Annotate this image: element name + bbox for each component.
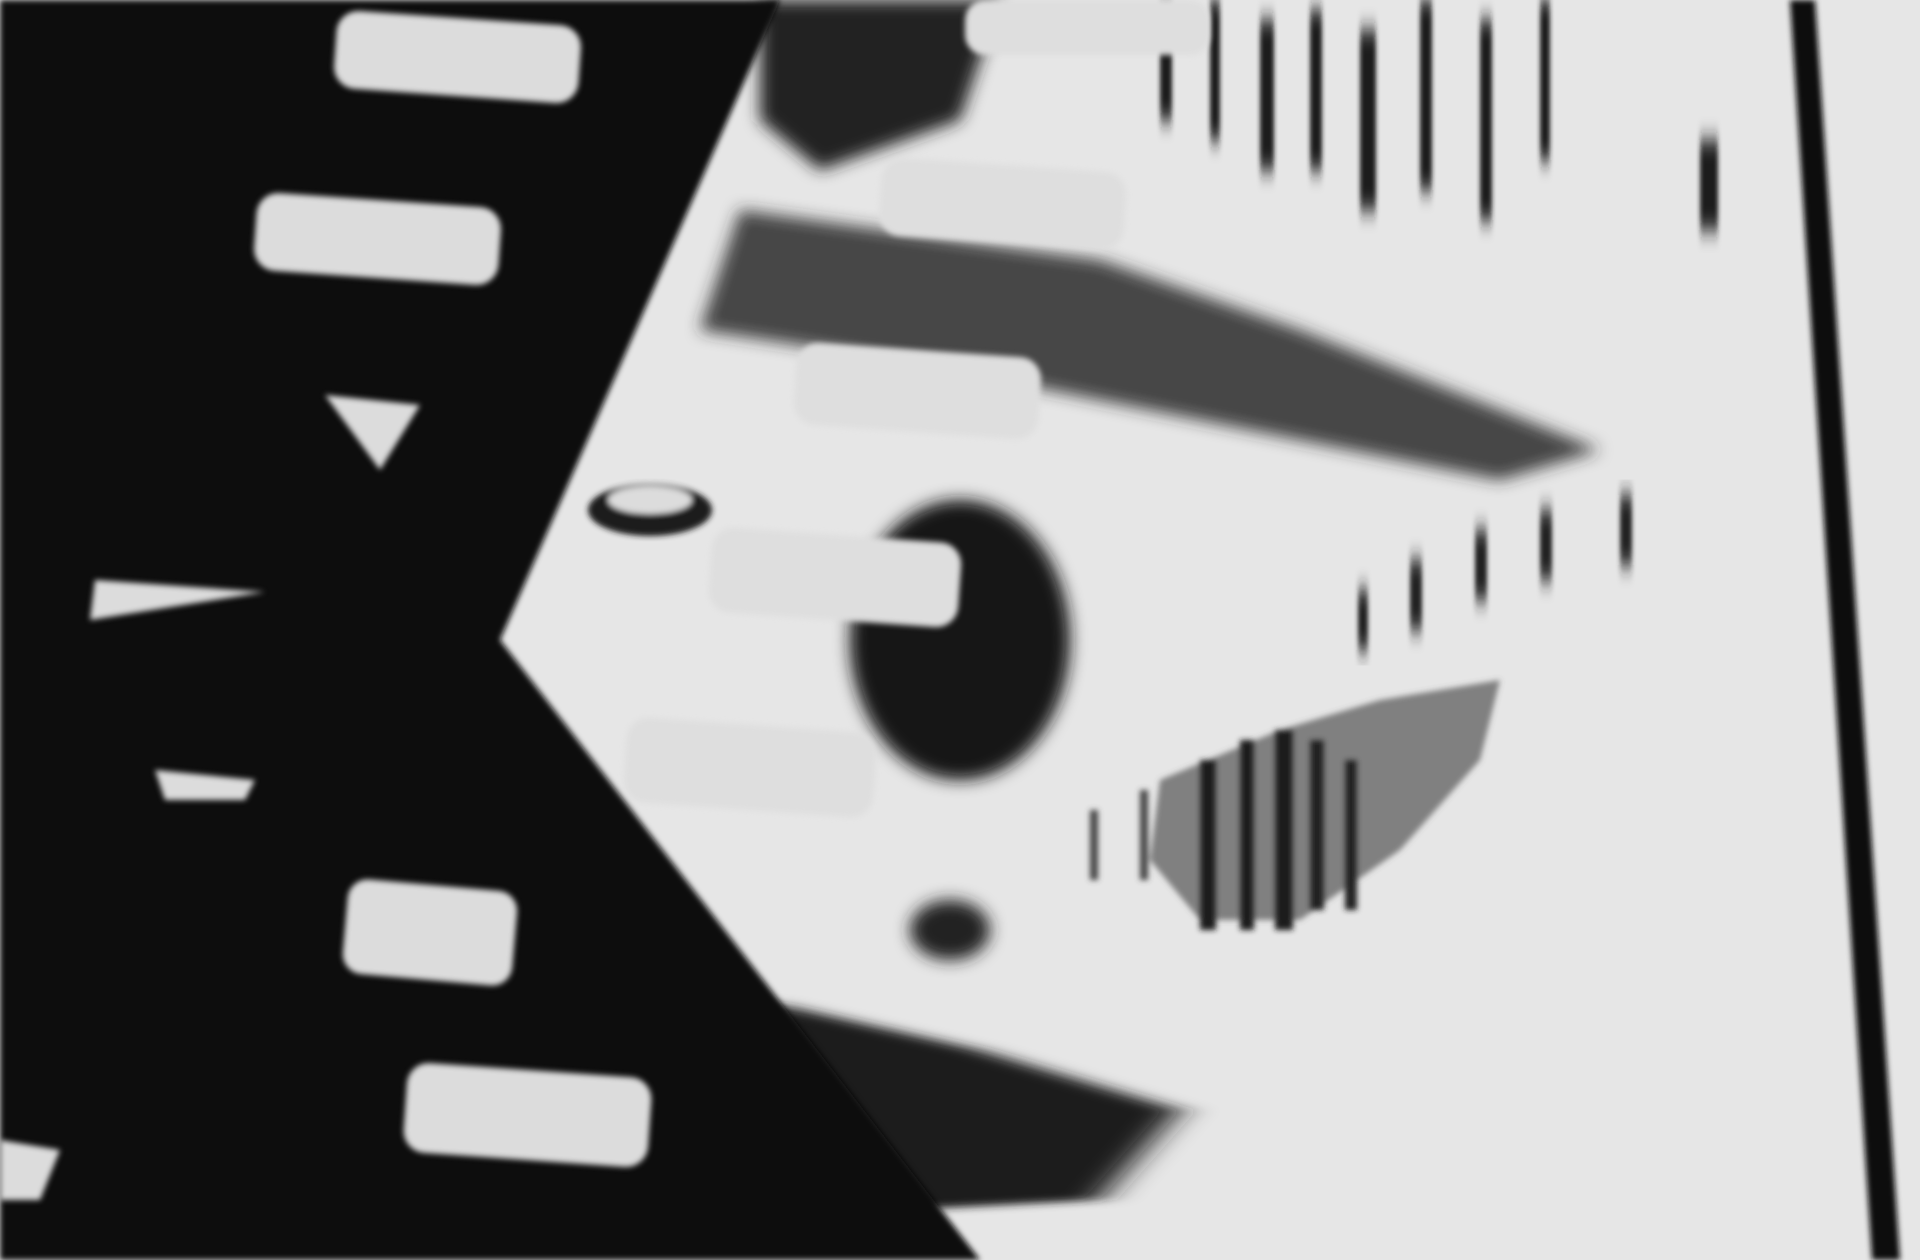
photo-composition — [0, 0, 1920, 1260]
ring-object — [588, 484, 712, 536]
photograph: High-contrast black and white photograph… — [0, 0, 1920, 1260]
